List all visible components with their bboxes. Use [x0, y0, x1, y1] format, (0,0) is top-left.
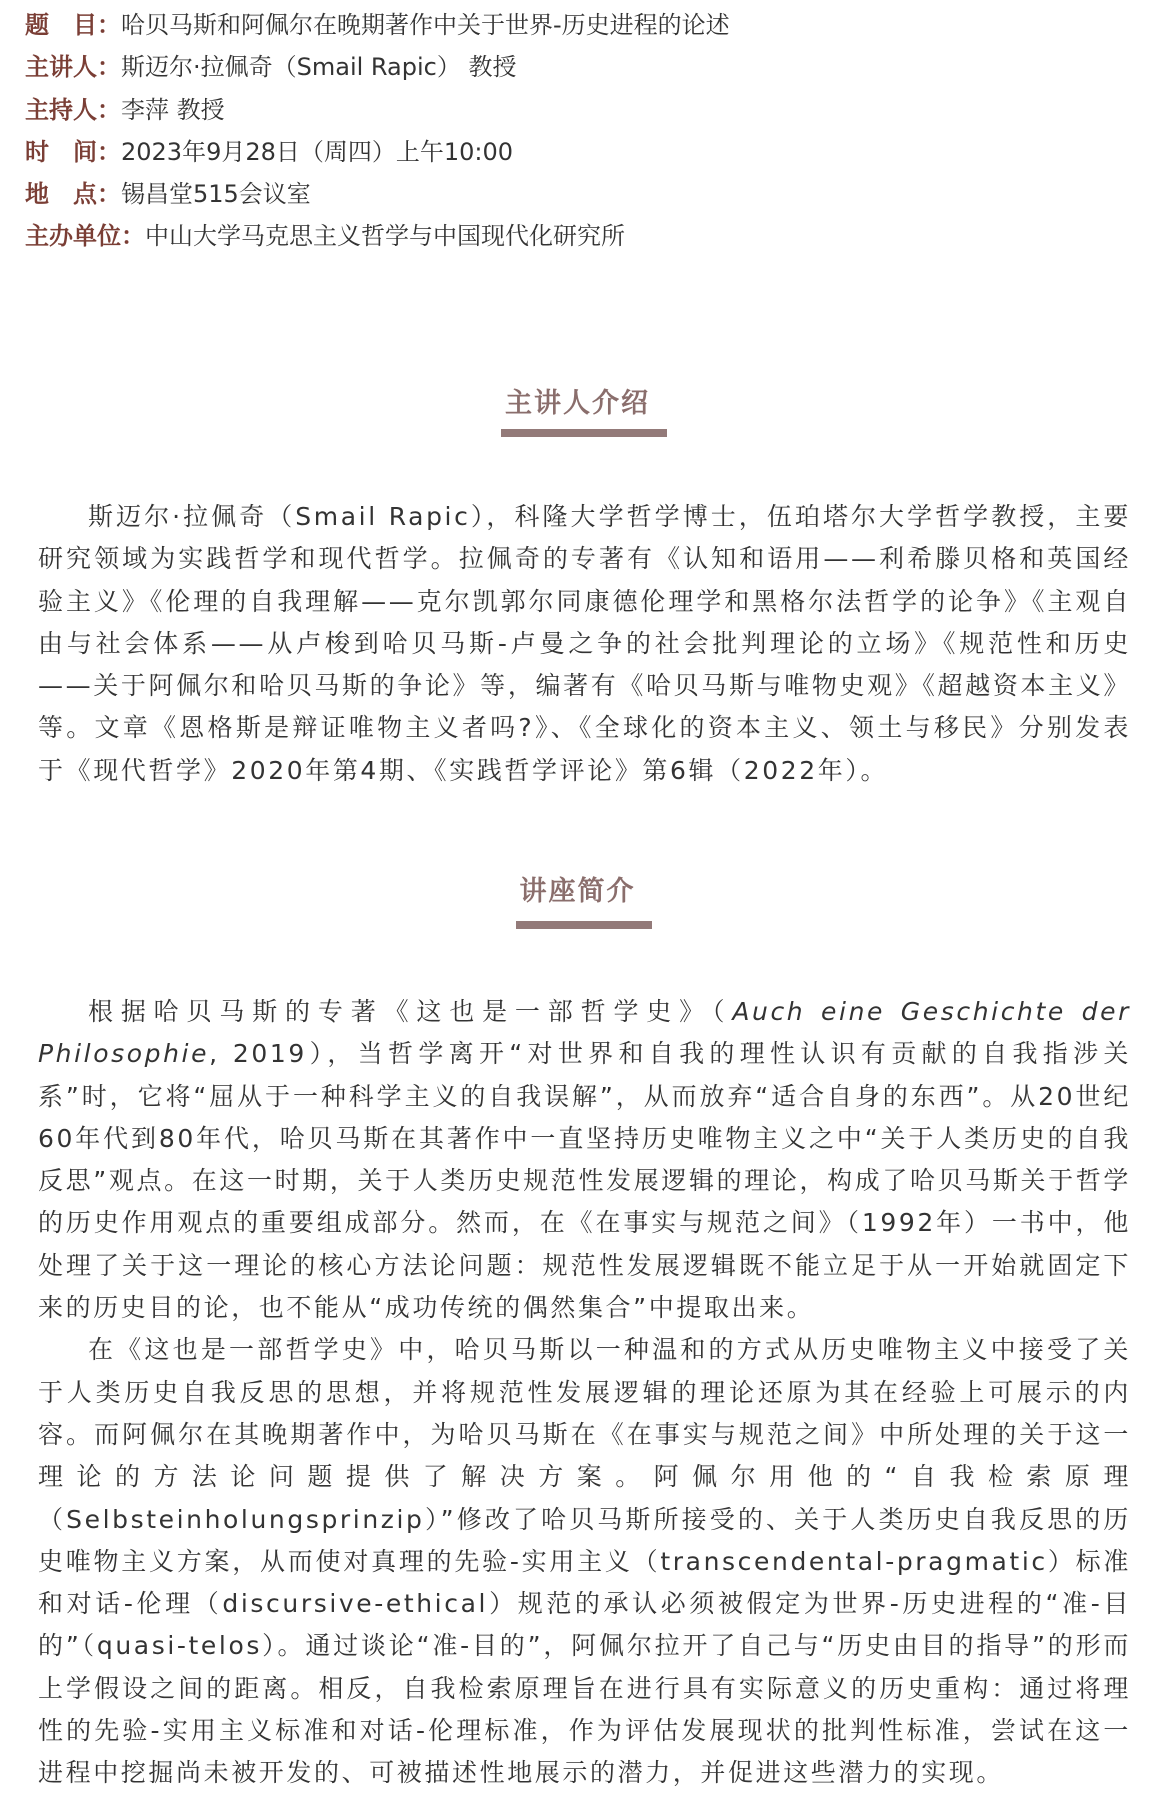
- info-label: 题 目：: [25, 11, 121, 39]
- info-row-time: 时 间：2023年9月28日（周四）上午10:00: [25, 131, 1135, 173]
- lecture-info: 题 目：哈贝马斯和阿佩尔在晚期著作中关于世界-历史进程的论述 主讲人：斯迈尔·拉…: [25, 4, 1135, 258]
- info-value: 锡昌堂515会议室: [121, 180, 311, 208]
- lecture-abstract: 根据哈贝马斯的专著《这也是一部哲学史》（Auch eine Geschichte…: [38, 991, 1131, 1795]
- text-run: , 2019），当哲学离开“对世界和自我的理性认识有贡献的自我指涉关系”时，它将…: [38, 1039, 1131, 1322]
- info-value: 中山大学马克思主义哲学与中国现代化研究所: [145, 222, 625, 250]
- bio-paragraph: 斯迈尔·拉佩奇（Smail Rapic），科隆大学哲学博士，伍珀塔尔大学哲学教授…: [38, 496, 1131, 792]
- info-label: 地 点：: [25, 180, 121, 208]
- lecture-section-header: 讲座简介: [0, 875, 1155, 909]
- speaker-section-header: 主讲人介绍: [0, 387, 1155, 421]
- section-divider: [501, 429, 667, 437]
- info-value: 2023年9月28日（周四）上午10:00: [121, 138, 513, 166]
- abstract-paragraph-1: 根据哈贝马斯的专著《这也是一部哲学史》（Auch eine Geschichte…: [38, 991, 1131, 1329]
- info-row-organizer: 主办单位：中山大学马克思主义哲学与中国现代化研究所: [25, 215, 1135, 257]
- info-value: 李萍 教授: [121, 96, 225, 124]
- section-title: 主讲人介绍: [0, 387, 1155, 421]
- info-row-speaker: 主讲人：斯迈尔·拉佩奇（Smail Rapic） 教授: [25, 46, 1135, 88]
- info-value: 哈贝马斯和阿佩尔在晚期著作中关于世界-历史进程的论述: [121, 11, 730, 39]
- info-row-location: 地 点：锡昌堂515会议室: [25, 173, 1135, 215]
- info-row-host: 主持人：李萍 教授: [25, 89, 1135, 131]
- info-label: 主办单位：: [25, 222, 145, 250]
- abstract-paragraph-2: 在《这也是一部哲学史》中，哈贝马斯以一种温和的方式从历史唯物主义中接受了关于人类…: [38, 1329, 1131, 1794]
- info-label: 主持人：: [25, 96, 121, 124]
- text-run: 根据哈贝马斯的专著《这也是一部哲学史》（: [88, 997, 732, 1026]
- section-title: 讲座简介: [0, 875, 1155, 909]
- info-label: 主讲人：: [25, 53, 121, 81]
- speaker-bio: 斯迈尔·拉佩奇（Smail Rapic），科隆大学哲学博士，伍珀塔尔大学哲学教授…: [38, 496, 1131, 792]
- section-divider: [516, 921, 652, 929]
- info-label: 时 间：: [25, 138, 121, 166]
- info-row-title: 题 目：哈贝马斯和阿佩尔在晚期著作中关于世界-历史进程的论述: [25, 4, 1135, 46]
- info-value: 斯迈尔·拉佩奇（Smail Rapic） 教授: [121, 53, 517, 81]
